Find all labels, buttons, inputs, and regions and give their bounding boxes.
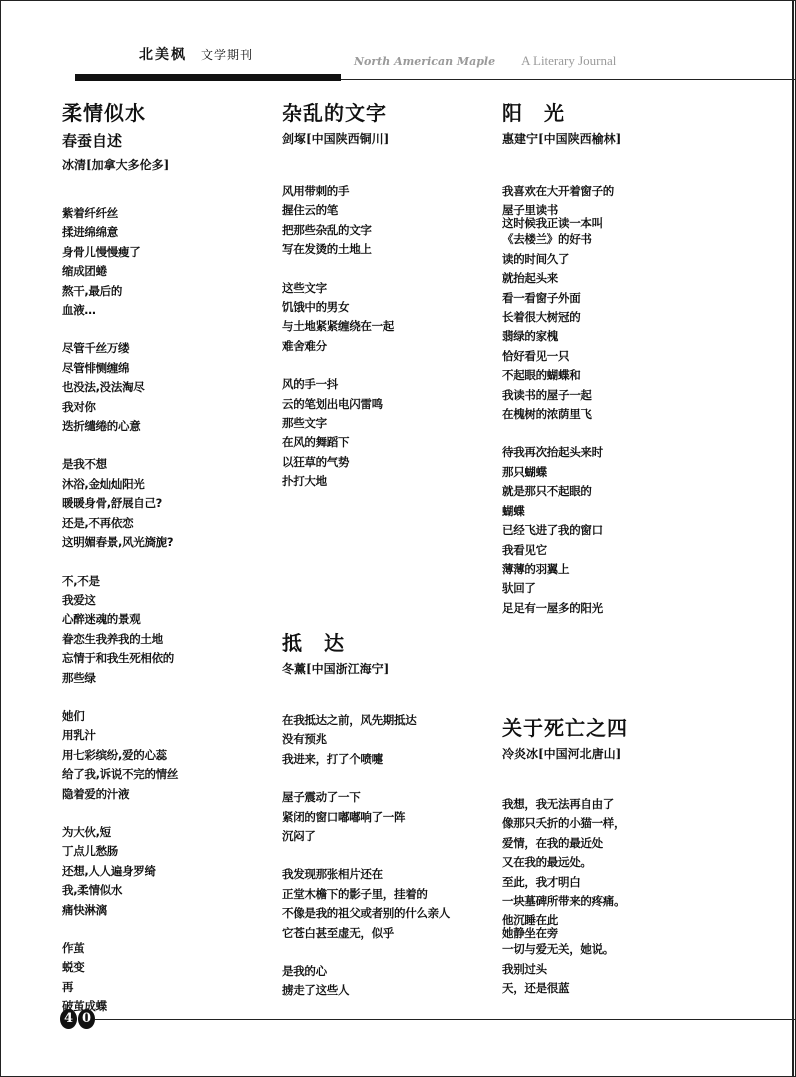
poem-line: 一块墓碑所带来的疼痛。 <box>502 892 628 911</box>
poem-line: 她静坐在旁 <box>502 927 628 940</box>
poem-line: 我读书的屋子一起 <box>502 386 621 405</box>
poem-author: 惠建宁[中国陕西榆林] <box>502 130 621 148</box>
poem-line: 以狂草的气势 <box>282 453 394 472</box>
poem-line: 是我不想 <box>62 455 178 474</box>
poem-line: 迭折缱绻的心意 <box>62 417 178 436</box>
poem-line: 不起眼的蝴蝶和 <box>502 366 621 385</box>
poem-line: 握住云的笔 <box>282 201 394 220</box>
poem-line: 我别过头 <box>502 960 628 979</box>
poem-line: 像那只夭折的小猫一样， <box>502 814 628 833</box>
stanza: 我发现那张相片还在 正堂木檐下的影子里，挂着的 不像是我的祖父或者别的什么亲人 … <box>282 865 450 943</box>
stanza: 是我的心 掳走了这些人 <box>282 962 450 1001</box>
poem-line: 再 <box>62 978 178 997</box>
page-number-digit: 0 <box>78 1009 95 1029</box>
stanza: 待我再次抬起头来时 那只蝴蝶 就是那只不起眼的 蝴蝶 已经飞进了我的窗口 我看见… <box>502 443 621 618</box>
poem-title: 抵 达 <box>282 630 450 656</box>
poem-line: 给了我,诉说不完的情丝 <box>62 765 178 784</box>
poem-line: 缩成团蜷 <box>62 262 178 281</box>
stanza: 风的手一抖 云的笔划出电闪雷鸣 那些文字 在风的舞蹈下 以狂草的气势 扑打大地 <box>282 375 394 491</box>
poem-line: 我发现那张相片还在 <box>282 865 450 884</box>
poem-line: 还是,不再依恋 <box>62 514 178 533</box>
journal-header-cn: 北美枫 文学期刊 <box>139 44 253 64</box>
poem-line: 把那些杂乱的文字 <box>282 221 394 240</box>
poem-line: 我进来，打了个喷嚏 <box>282 750 450 769</box>
poem-rouqing-sishui: 柔情似水 春蚕自述 冰清[加拿大多伦多] 紫着纤纤丝 揉进绵绵意 身骨儿慢慢瘦了… <box>62 100 178 1036</box>
stanza: 这些文字 饥饿中的男女 与土地紧紧缠绕在一起 难舍难分 <box>282 279 394 357</box>
poem-line: 驮回了 <box>502 579 621 598</box>
poem-line: 屋子震动了一下 <box>282 788 450 807</box>
poem-line: 读的时间久了 <box>502 250 621 269</box>
poem-line: 我想，我无法再自由了 <box>502 795 628 814</box>
poem-line: 风用带刺的手 <box>282 182 394 201</box>
poem-line: 正堂木檐下的影子里，挂着的 <box>282 885 450 904</box>
poem-line: 尽管悱恻缠绵 <box>62 359 178 378</box>
poem-author: 冬薰[中国浙江海宁] <box>282 660 450 678</box>
poem-line: 还想,人人遍身罗绮 <box>62 862 178 881</box>
poem-line: 血液… <box>62 301 178 320</box>
stanza: 作茧 蜕变 再 破茧成蝶 <box>62 939 178 1017</box>
stanza: 风用带刺的手 握住云的笔 把那些杂乱的文字 写在发烫的土地上 <box>282 182 394 260</box>
poem-yangguang: 阳 光 惠建宁[中国陕西榆林] 我喜欢在大开着窗子的 屋子里读书 这时候我正读一… <box>502 100 621 637</box>
poem-line: 云的笔划出电闪雷鸣 <box>282 395 394 414</box>
stanza: 紫着纤纤丝 揉进绵绵意 身骨儿慢慢瘦了 缩成团蜷 熬干,最后的 血液… <box>62 204 178 320</box>
poem-line: 隐着爱的汁液 <box>62 785 178 804</box>
stanza: 不,不是 我爱这 心醉迷魂的景观 眷恋生我养我的土地 忘情于和我生死相依的 那些… <box>62 572 178 688</box>
poem-line: 爱情，在我的最近处 <box>502 834 628 853</box>
poem-line: 那些绿 <box>62 669 178 688</box>
poem-body: 紫着纤纤丝 揉进绵绵意 身骨儿慢慢瘦了 缩成团蜷 熬干,最后的 血液… 尽管千丝… <box>62 204 178 1017</box>
poem-line: 已经飞进了我的窗口 <box>502 521 621 540</box>
poem-line: 我,柔情似水 <box>62 881 178 900</box>
poem-line: 恰好看见一只 <box>502 347 621 366</box>
stanza: 我喜欢在大开着窗子的 屋子里读书 这时候我正读一本叫 《去楼兰》的好书 读的时间… <box>502 182 621 424</box>
poem-line: 这些文字 <box>282 279 394 298</box>
poem-line: 天，还是很蓝 <box>502 979 628 998</box>
poem-line: 掳走了这些人 <box>282 981 450 1000</box>
poem-line: 我看见它 <box>502 541 621 560</box>
poem-line: 薄薄的羽翼上 <box>502 560 621 579</box>
poem-line: 尽管千丝万缕 <box>62 339 178 358</box>
journal-subtitle-cn: 文学期刊 <box>201 46 253 63</box>
poem-line: 它苍白甚至虚无，似乎 <box>282 924 450 943</box>
journal-brand-en: North American Maple <box>354 55 495 68</box>
poem-line: 是我的心 <box>282 962 450 981</box>
poem-line: 我对你 <box>62 398 178 417</box>
poem-line: 在我抵达之前，风先期抵达 <box>282 711 450 730</box>
poem-line: 看一看窗子外面 <box>502 289 621 308</box>
poem-title: 杂乱的文字 <box>282 100 394 126</box>
poem-line: 揉进绵绵意 <box>62 223 178 242</box>
poem-line: 一切与爱无关，她说。 <box>502 940 628 959</box>
poem-line: 在风的舞蹈下 <box>282 433 394 452</box>
poem-line: 用七彩缤纷,爱的心蕊 <box>62 746 178 765</box>
journal-header-en: North American Maple A Literary Journal <box>354 53 616 69</box>
footer-rule <box>95 1019 796 1020</box>
poem-line: 痛快淋漓 <box>62 901 178 920</box>
stanza: 屋子震动了一下 紧闭的窗口嘟嘟响了一阵 沉闷了 <box>282 788 450 846</box>
poem-line: 心醉迷魂的景观 <box>62 610 178 629</box>
poem-line: 也没法,没法淘尽 <box>62 378 178 397</box>
poem-title: 柔情似水 <box>62 100 178 126</box>
poem-body: 我喜欢在大开着窗子的 屋子里读书 这时候我正读一本叫 《去楼兰》的好书 读的时间… <box>502 182 621 618</box>
stanza: 我想，我无法再自由了 像那只夭折的小猫一样， 爱情，在我的最近处 又在我的最远处… <box>502 795 628 999</box>
poem-author: 冷炎冰[中国河北唐山] <box>502 745 628 763</box>
poem-line: 风的手一抖 <box>282 375 394 394</box>
poem-body: 在我抵达之前，风先期抵达 没有预兆 我进来，打了个喷嚏 屋子震动了一下 紧闭的窗… <box>282 711 450 1001</box>
poem-title: 关于死亡之四 <box>502 715 628 741</box>
journal-brand-cn: 北美枫 <box>139 44 187 64</box>
poem-line: 长着很大树冠的 <box>502 308 621 327</box>
poem-line: 熬干,最后的 <box>62 282 178 301</box>
poem-body: 风用带刺的手 握住云的笔 把那些杂乱的文字 写在发烫的土地上 这些文字 饥饿中的… <box>282 182 394 492</box>
poem-line: 在槐树的浓荫里飞 <box>502 405 621 424</box>
poem-line: 难舍难分 <box>282 337 394 356</box>
poem-line: 她们 <box>62 707 178 726</box>
stanza: 为大伙,短 丁点儿愁肠 还想,人人遍身罗绮 我,柔情似水 痛快淋漓 <box>62 823 178 920</box>
poem-line: 饥饿中的男女 <box>282 298 394 317</box>
poem-line: 忘情于和我生死相依的 <box>62 649 178 668</box>
stanza: 是我不想 沐浴,金灿灿阳光 暖暖身骨,舒展自己? 还是,不再依恋 这明媚春景,风… <box>62 455 178 552</box>
stanza: 她们 用乳汁 用七彩缤纷,爱的心蕊 给了我,诉说不完的情丝 隐着爱的汁液 <box>62 707 178 804</box>
poem-line: 作茧 <box>62 939 178 958</box>
poem-line: 足足有一屋多的阳光 <box>502 599 621 618</box>
poem-dida: 抵 达 冬薰[中国浙江海宁] 在我抵达之前，风先期抵达 没有预兆 我进来，打了个… <box>282 630 450 1020</box>
poem-subtitle: 春蚕自述 <box>62 130 178 152</box>
poem-title: 阳 光 <box>502 100 621 126</box>
page-edge-divider <box>792 0 794 1077</box>
poem-body: 我想，我无法再自由了 像那只夭折的小猫一样， 爱情，在我的最近处 又在我的最远处… <box>502 795 628 999</box>
poem-line: 那只蝴蝶 <box>502 463 621 482</box>
poem-guanyu-siwang-zhisi: 关于死亡之四 冷炎冰[中国河北唐山] 我想，我无法再自由了 像那只夭折的小猫一样… <box>502 715 628 1018</box>
poem-line: 这明媚春景,风光旖旎? <box>62 533 178 552</box>
poem-author: 剑塚[中国陕西铜川] <box>282 130 394 148</box>
header-rule <box>341 79 796 80</box>
poem-line: 没有预兆 <box>282 730 450 749</box>
poem-line: 就抬起头来 <box>502 269 621 288</box>
poem-zaluan-de-wenzi: 杂乱的文字 剑塚[中国陕西铜川] 风用带刺的手 握住云的笔 把那些杂乱的文字 写… <box>282 100 394 511</box>
poem-line: 沉闷了 <box>282 827 450 846</box>
poem-line: 这时候我正读一本叫 <box>502 217 621 230</box>
poem-line: 又在我的最远处。 <box>502 853 628 872</box>
journal-subtitle-en: A Literary Journal <box>521 53 616 69</box>
page-number-digit: 4 <box>60 1009 77 1029</box>
poem-line: 暖暖身骨,舒展自己? <box>62 494 178 513</box>
poem-line: 我爱这 <box>62 591 178 610</box>
poem-line: 翡绿的家槐 <box>502 327 621 346</box>
poem-line: 《去楼兰》的好书 <box>502 230 621 249</box>
poem-line: 与土地紧紧缠绕在一起 <box>282 317 394 336</box>
poem-line: 沐浴,金灿灿阳光 <box>62 475 178 494</box>
poem-line: 写在发烫的土地上 <box>282 240 394 259</box>
poem-line: 待我再次抬起头来时 <box>502 443 621 462</box>
poem-author: 冰清[加拿大多伦多] <box>62 156 178 174</box>
poem-line: 紧闭的窗口嘟嘟响了一阵 <box>282 808 450 827</box>
poem-line: 紫着纤纤丝 <box>62 204 178 223</box>
poem-line: 至此，我才明白 <box>502 873 628 892</box>
poem-line: 眷恋生我养我的土地 <box>62 630 178 649</box>
poem-line: 那些文字 <box>282 414 394 433</box>
stanza: 尽管千丝万缕 尽管悱恻缠绵 也没法,没法淘尽 我对你 迭折缱绻的心意 <box>62 339 178 436</box>
page-number: 4 0 <box>60 1009 95 1029</box>
poem-line: 用乳汁 <box>62 726 178 745</box>
poem-line: 身骨儿慢慢瘦了 <box>62 243 178 262</box>
poem-line: 扑打大地 <box>282 472 394 491</box>
poem-line: 蝴蝶 <box>502 502 621 521</box>
stanza: 在我抵达之前，风先期抵达 没有预兆 我进来，打了个喷嚏 <box>282 711 450 769</box>
poem-line: 丁点儿愁肠 <box>62 842 178 861</box>
poem-line: 我喜欢在大开着窗子的 <box>502 182 621 201</box>
header-thick-bar <box>75 74 341 81</box>
poem-line: 不,不是 <box>62 572 178 591</box>
poem-line: 不像是我的祖父或者别的什么亲人 <box>282 904 450 923</box>
poem-line: 就是那只不起眼的 <box>502 482 621 501</box>
poem-line: 蜕变 <box>62 958 178 977</box>
poem-line: 为大伙,短 <box>62 823 178 842</box>
